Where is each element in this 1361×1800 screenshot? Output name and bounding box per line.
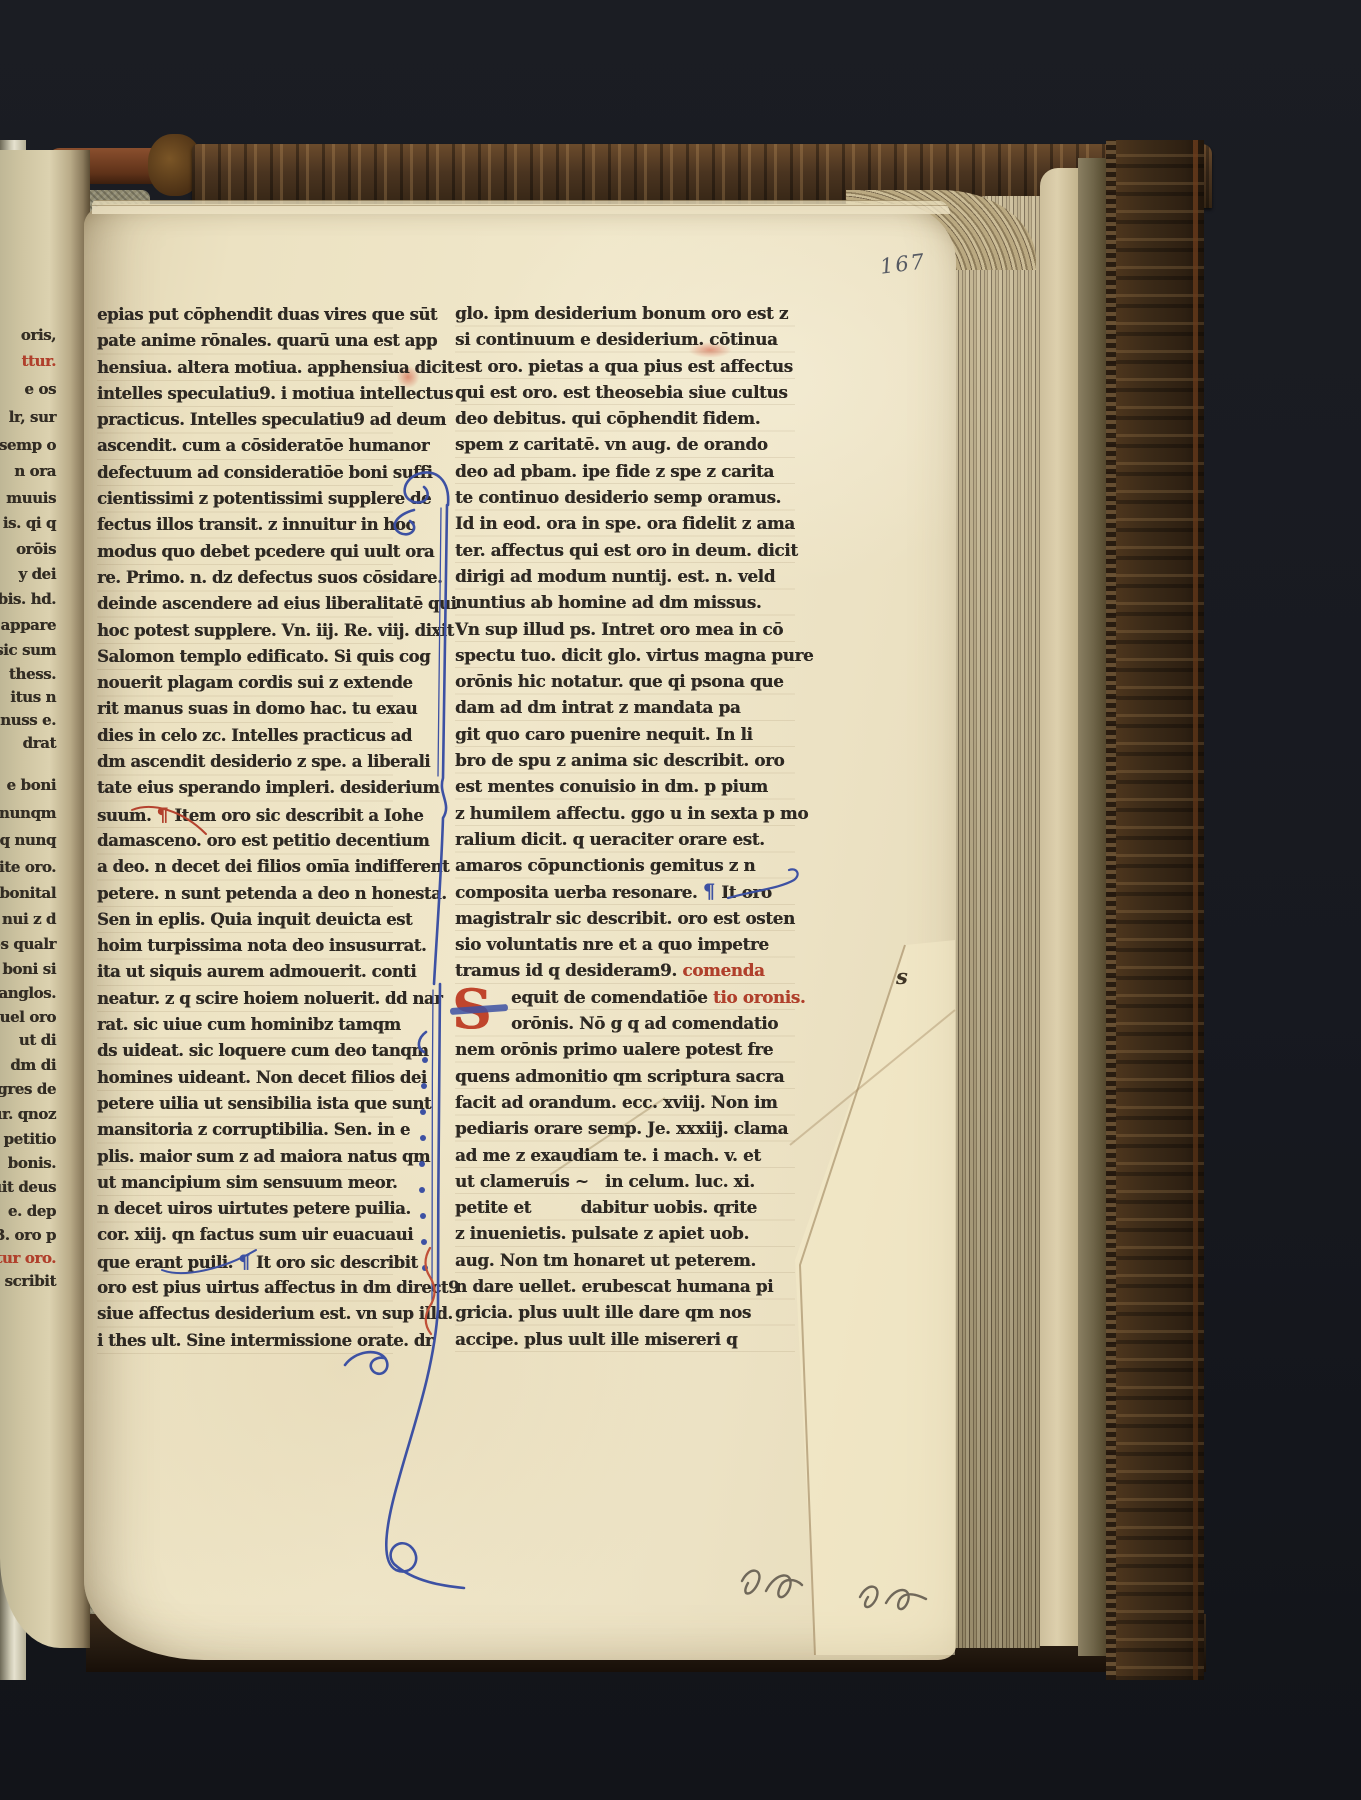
manuscript-text-line: si continuum e desiderium. cōtinua [455,326,795,352]
gutter-text-fragment: anglos. [0,984,56,1002]
fore-edge-page-stack [952,196,1040,1648]
manuscript-text-line: qui est oro. est theosebia siue cultus [455,379,795,405]
manuscript-photo: oris,ttur.e oslr, sursemp on oramuuisis.… [0,0,1361,1800]
gutter-text-fragment: lr, sur [9,408,56,426]
gutter-text-fragment: itus n [10,688,56,706]
text-segment: tio oronis. [713,987,805,1007]
gutter-text-fragment: nunqm [0,804,56,822]
text-segment: epias put cōphendit duas vires que sūt [97,305,437,324]
gutter-text-fragment: scribit [5,1272,57,1290]
manuscript-text-line: hensiua. altera motiua. apphensiua dicit [97,355,393,381]
gutter-text-fragment: es qualr [0,935,56,953]
gutter-text-fragments: oris,ttur.e oslr, sursemp on oramuuisis.… [0,0,58,1800]
gutter-text-fragment: e. dep [8,1202,56,1220]
gutter-text-fragment: drat [23,734,56,752]
text-segment: est oro. pietas a qua pius est affectus [455,356,793,376]
gutter-text-fragment: bis. hd. [0,590,56,608]
gutter-text-fragment: ite oro. [0,858,56,876]
gutter-text-fragment: ur. qnoz [0,1105,56,1123]
text-segment: orōnis. Nō g q ad comendatio [511,1013,778,1033]
gutter-text-fragment: ut di [19,1031,56,1049]
gutter-text-fragment: bonital [0,884,56,902]
manuscript-text-line: intelles speculatiu9. i motiua intellect… [97,381,393,407]
gutter-text-fragment: tur oro. [0,1249,56,1267]
paraph-tail-icon [700,858,820,918]
text-segment: intelles speculatiu9. i motiua intellect… [97,384,453,403]
text-block-edge [1040,168,1078,1646]
gutter-text-fragment: nuss e. [0,711,56,729]
gutter-text-fragment: boni si [2,960,56,978]
text-segment: equit de comendatiōe [511,987,713,1007]
text-segment: comenda [682,960,764,980]
gutter-text-fragment: y dei [18,565,56,583]
text-segment: glo. ipm desiderium bonum oro est z [455,303,788,323]
gutter-text-fragment: sic sum [0,641,56,659]
gutter-text-fragment: nui z d [2,910,56,928]
gutter-text-fragment: thess. [9,665,56,683]
gutter-text-fragment: ttur. [21,352,56,370]
red-swash-icon [120,792,230,844]
gutter-text-fragment: gres de [0,1080,56,1098]
page-top-edge-lines [92,200,950,214]
blue-swash-icon [150,1232,280,1292]
gutter-text-fragment: oris, [21,326,56,344]
board-edge [1078,158,1106,1656]
gutter-text-fragment: q nunq [0,831,56,849]
gutter-text-fragment: is. qi q [3,514,56,532]
gutter-text-fragment: uit deus [0,1178,56,1196]
gutter-text-fragment: bonis. [8,1154,56,1172]
text-segment: si continuum e desiderium. cōtinua [455,329,778,349]
gutter-text-fragment: semp o [0,436,56,454]
ink-scribble-icon [720,1545,950,1625]
manuscript-text-line: pate anime rōnales. quarū una est app [97,328,393,354]
manuscript-text-line: epias put cōphendit duas vires que sūt [97,302,393,328]
manuscript-text-line: est oro. pietas a qua pius est affectus [455,353,795,379]
gutter-text-fragment: e os [24,380,56,398]
gutter-text-fragment: petitio [4,1130,57,1148]
gutter-text-fragment: 3. oro p [0,1226,56,1244]
leather-cover-right-edge [1106,140,1204,1680]
gutter-text-fragment: orōis [16,540,56,558]
gutter-text-fragment: uel oro [0,1008,56,1026]
gutter-text-fragment: n ora [14,462,56,480]
gutter-text-fragment: dm di [10,1056,56,1074]
gutter-text-fragment: e boni [7,776,56,794]
text-segment: hensiua. altera motiua. apphensiua dicit [97,358,454,377]
margin-letter-s: s [896,964,908,989]
gutter-text-fragment: muuis [6,489,56,507]
pen-flourish-icon [330,410,530,1630]
text-segment: qui est oro. est theosebia siue cultus [455,382,787,402]
text-segment: pate anime rōnales. quarū una est app [97,331,437,350]
manuscript-text-line: glo. ipm desiderium bonum oro est z [455,300,795,326]
gutter-text-fragment: appare [1,616,56,634]
